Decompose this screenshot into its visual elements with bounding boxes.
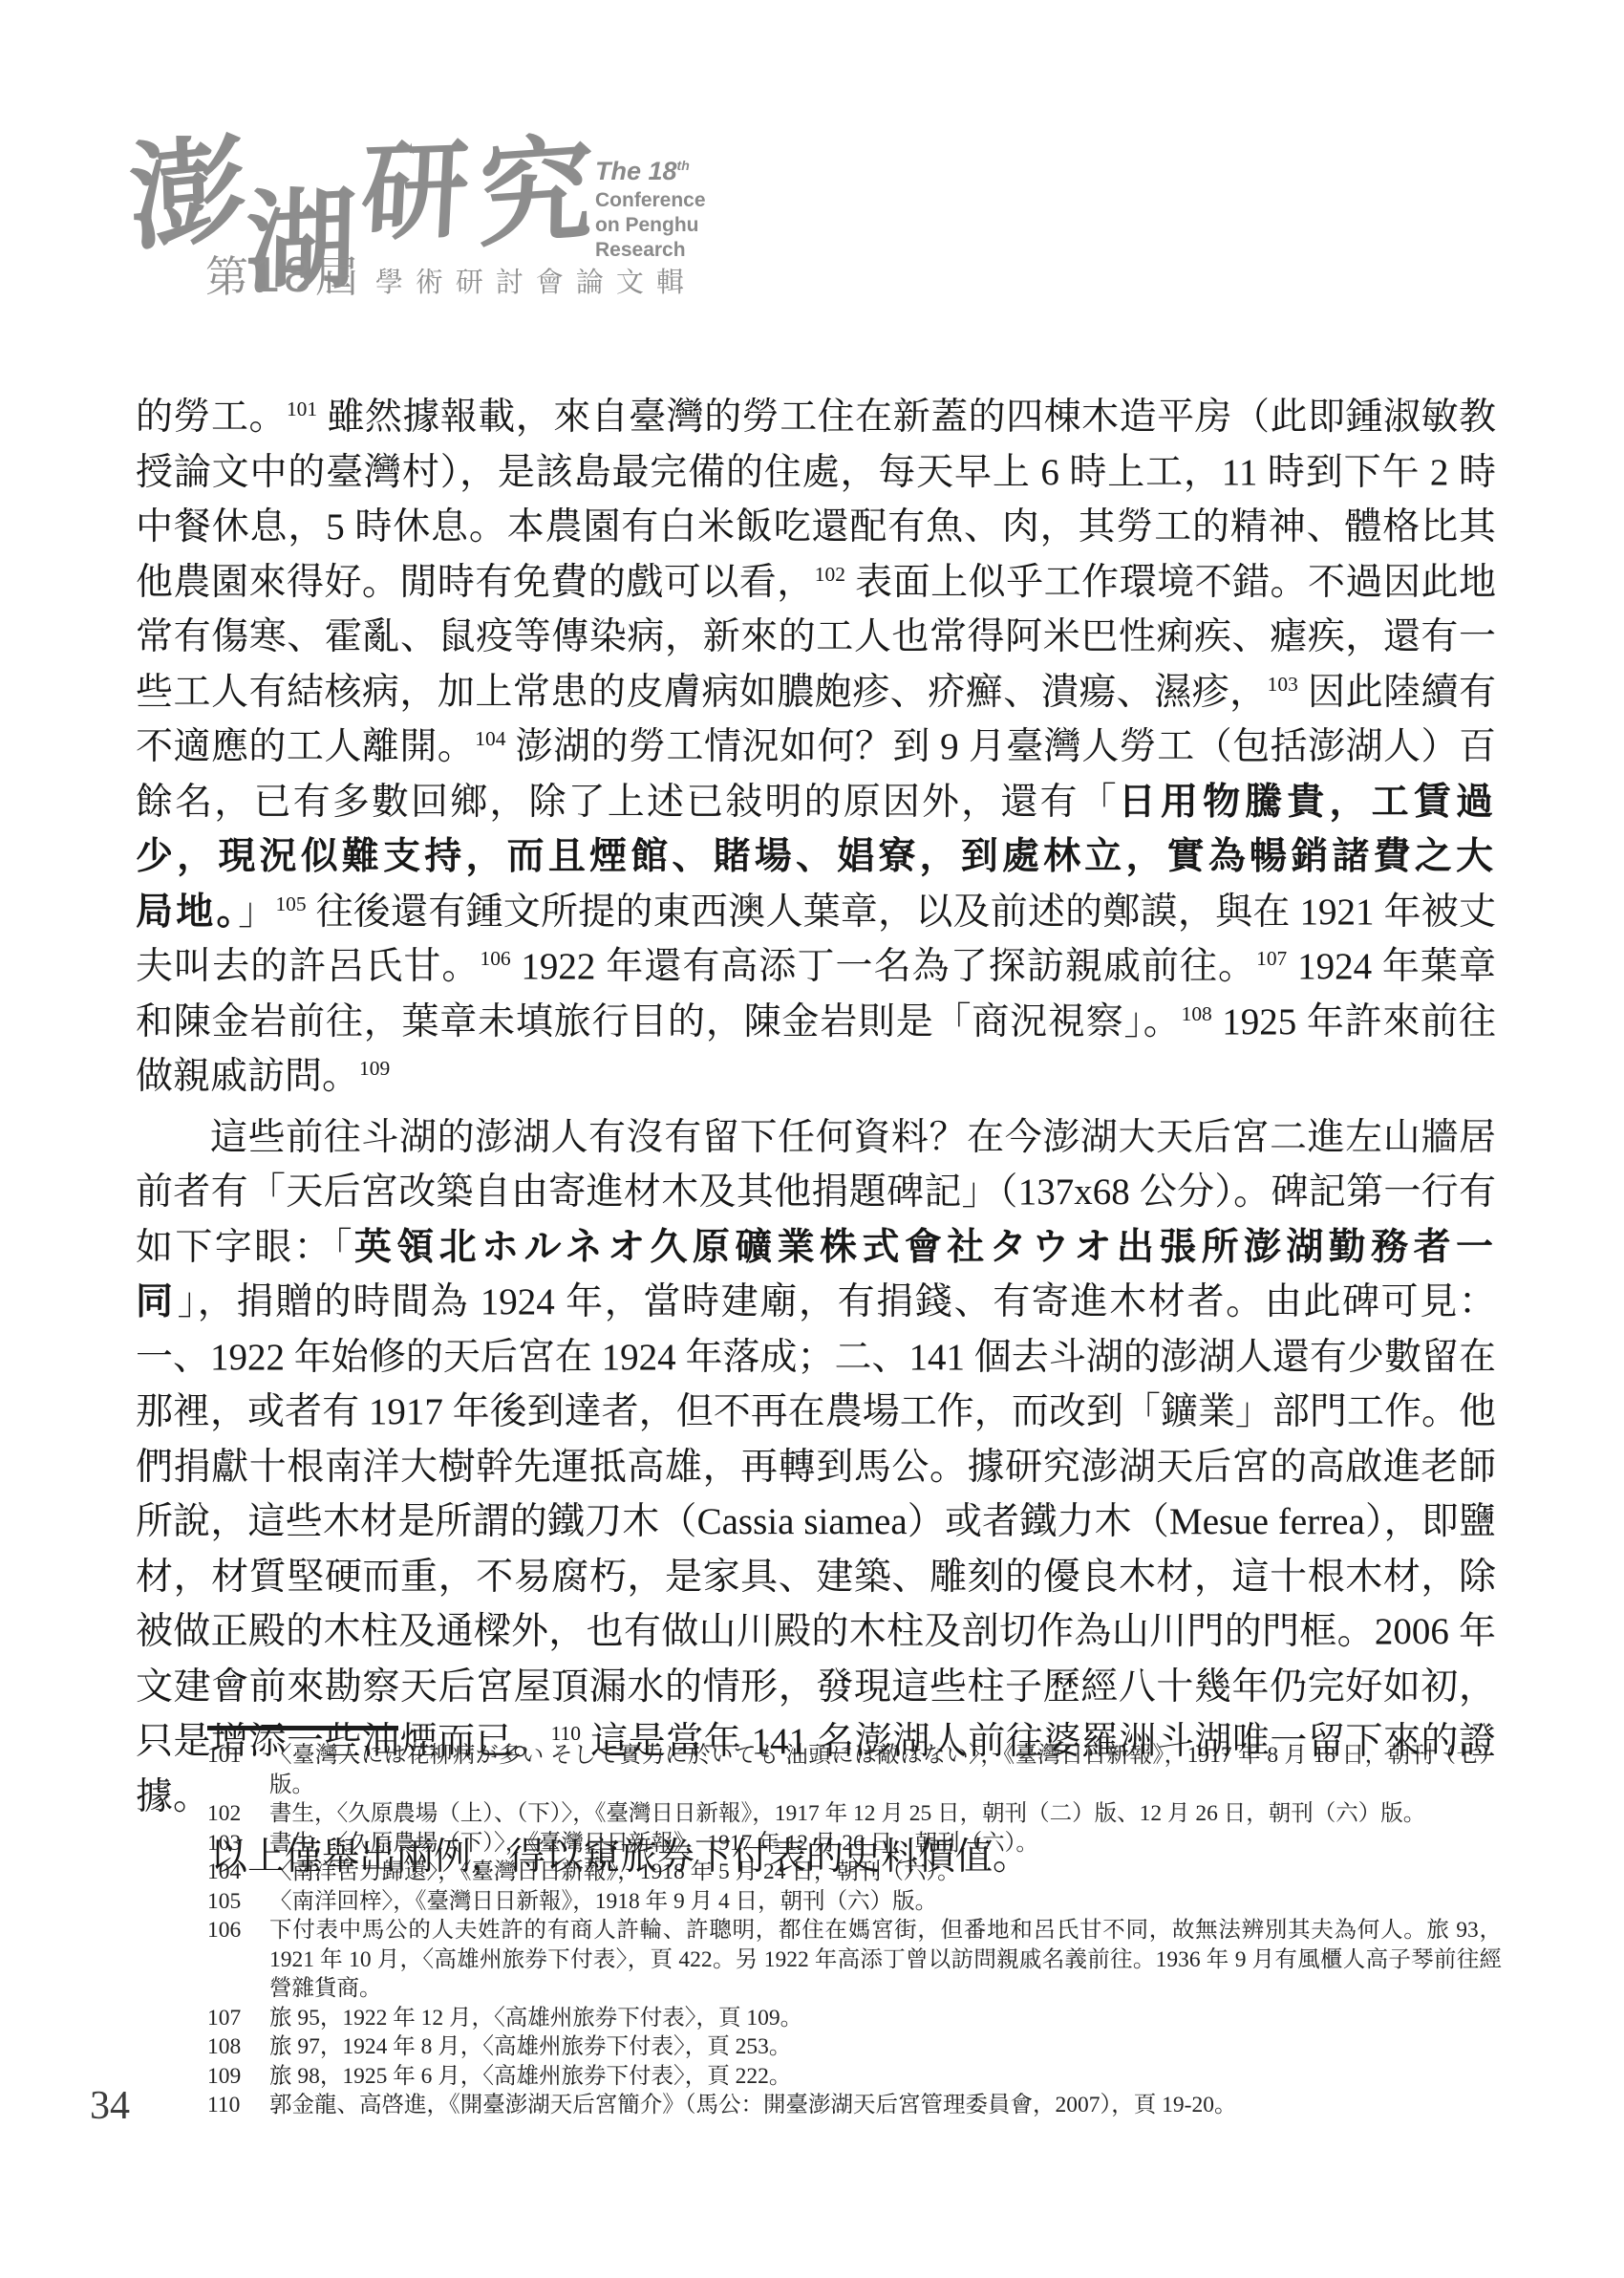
footnote-number: 107 — [207, 2004, 241, 2033]
footnote-text: 旅 97，1924 年 8 月，〈高雄州旅券下付表〉，頁 253。 — [269, 2034, 791, 2059]
footnote-text: 下付表中馬公的人夫姓許的有商人許輪、許聰明，都住在媽宮街，但番地和呂氏甘不同，故… — [269, 1918, 1502, 2001]
conference-edition: 第18屆學術研討會論文輯 — [205, 242, 696, 304]
footnote-number: 105 — [207, 1887, 241, 1917]
footnote-item: 109旅 98，1925 年 6 月，〈高雄州旅券下付表〉，頁 222。 — [136, 2062, 1502, 2092]
series-title: 學術研討會論文輯 — [375, 268, 696, 298]
footnote-text: 〈南洋回梓〉，《臺灣日日新報》，1918 年 9 月 4 日，朝刊（六）版。 — [269, 1889, 937, 1914]
footnote-text: 旅 98，1925 年 6 月，〈高雄州旅券下付表〉，頁 222。 — [269, 2064, 791, 2089]
footnote-number: 101 — [207, 1741, 241, 1771]
footnote-text: 〈臺灣人には花柳病が多い そして實力に於いても 汕頭には敵はない〉，《臺灣日日新… — [269, 1743, 1502, 1797]
journal-logo: 澎湖研究 The 18th Conference on Penghu Resea… — [91, 81, 702, 311]
footnote-separator — [207, 1726, 398, 1730]
footnote-number: 104 — [207, 1858, 241, 1887]
footnote-text: 〈南洋苦力歸還〉，《臺灣日日新報》，1918 年 5 月 24 日，朝刊（六）。 — [269, 1859, 960, 1884]
footnote-ref: 103 — [1268, 673, 1298, 696]
footnote-ref: 106 — [480, 947, 510, 970]
footnote-ref: 107 — [1256, 947, 1287, 970]
footnote-item: 110郭金龍、高啓進，《開臺澎湖天后宮簡介》（馬公：開臺澎湖天后宮管理委員會，2… — [136, 2091, 1502, 2120]
edition-prefix: 第 — [205, 252, 252, 301]
footnote-ref: 108 — [1182, 1002, 1212, 1025]
paragraph: 的勞工。101 雖然據報載，來自臺灣的勞工住在新蓋的四棟木造平房（此即鍾淑敏教授… — [136, 390, 1496, 1105]
footnote-item: 102書生，〈久原農場（上）、（下）〉，《臺灣日日新報》，1917 年 12 月… — [136, 1799, 1502, 1829]
edition-number: 18 — [252, 247, 315, 303]
footnote-ref: 104 — [475, 727, 505, 750]
footnote-number: 109 — [207, 2062, 241, 2092]
footnote-text: 書生，〈久原農場（下）〉，《臺灣日日新報》，1917 年 12 月 26 日，朝… — [269, 1831, 1038, 1856]
text-run: 」 — [238, 892, 275, 933]
ordinal-suffix: th — [677, 158, 690, 173]
footnote-text: 郭金龍、高啓進，《開臺澎湖天后宮簡介》（馬公：開臺澎湖天后宮管理委員會，2007… — [269, 2093, 1236, 2117]
footnote-ref: 101 — [287, 398, 317, 420]
conference-english-line2: Conference — [595, 188, 706, 213]
footnote-item: 105〈南洋回梓〉，《臺灣日日新報》，1918 年 9 月 4 日，朝刊（六）版… — [136, 1887, 1502, 1917]
footnote-ref: 109 — [359, 1057, 390, 1080]
page-number: 34 — [90, 2083, 130, 2129]
document-page: 澎湖研究 The 18th Conference on Penghu Resea… — [0, 0, 1624, 2278]
paragraph: 這些前往斗湖的澎湖人有沒有留下任何資料？在今澎湖大天后宮二進左山牆居前者有「天后… — [136, 1110, 1496, 1825]
text-run: 1922 年還有高添丁一名為了探訪親戚前往。 — [511, 946, 1256, 987]
footnote-list: 101〈臺灣人には花柳病が多い そして實力に於いても 汕頭には敵はない〉，《臺灣… — [136, 1741, 1502, 2120]
footnote-item: 101〈臺灣人には花柳病が多い そして實力に於いても 汕頭には敵はない〉，《臺灣… — [136, 1741, 1502, 1799]
text-run: 的勞工。 — [136, 397, 287, 438]
footnote-ref: 102 — [815, 563, 845, 586]
footnote-item: 104〈南洋苦力歸還〉，《臺灣日日新報》，1918 年 5 月 24 日，朝刊（… — [136, 1858, 1502, 1887]
conference-english-line1: The 18th — [595, 156, 706, 188]
edition-suffix: 屆 — [315, 252, 362, 301]
footnote-number: 110 — [207, 2091, 240, 2120]
footnote-item: 108旅 97，1924 年 8 月，〈高雄州旅券下付表〉，頁 253。 — [136, 2032, 1502, 2062]
footnote-number: 108 — [207, 2032, 241, 2062]
body-paragraphs: 的勞工。101 雖然據報載，來自臺灣的勞工住在新蓋的四棟木造平房（此即鍾淑敏教授… — [136, 390, 1496, 1885]
footnote-text: 旅 95，1922 年 12 月，〈高雄州旅券下付表〉，頁 109。 — [269, 2006, 802, 2031]
footnote-text: 書生，〈久原農場（上）、（下）〉，《臺灣日日新報》，1917 年 12 月 25… — [269, 1801, 1425, 1826]
footnote-number: 103 — [207, 1829, 241, 1859]
calligraphy-char: 研 — [358, 104, 473, 262]
footnote-ref: 105 — [275, 892, 306, 915]
footnote-item: 107旅 95，1922 年 12 月，〈高雄州旅券下付表〉，頁 109。 — [136, 2004, 1502, 2033]
footnote-item: 103書生，〈久原農場（下）〉，《臺灣日日新報》，1917 年 12 月 26 … — [136, 1829, 1502, 1859]
text-run: 」，捐贈的時間為 1924 年，當時建廟，有捐錢、有寄進木材者。由此碑可見：一、… — [136, 1281, 1496, 1762]
footnote-item: 106下付表中馬公的人夫姓許的有商人許輪、許聰明，都住在媽宮街，但番地和呂氏甘不… — [136, 1916, 1502, 2004]
footnote-number: 106 — [207, 1916, 241, 1945]
footnote-number: 102 — [207, 1799, 241, 1829]
